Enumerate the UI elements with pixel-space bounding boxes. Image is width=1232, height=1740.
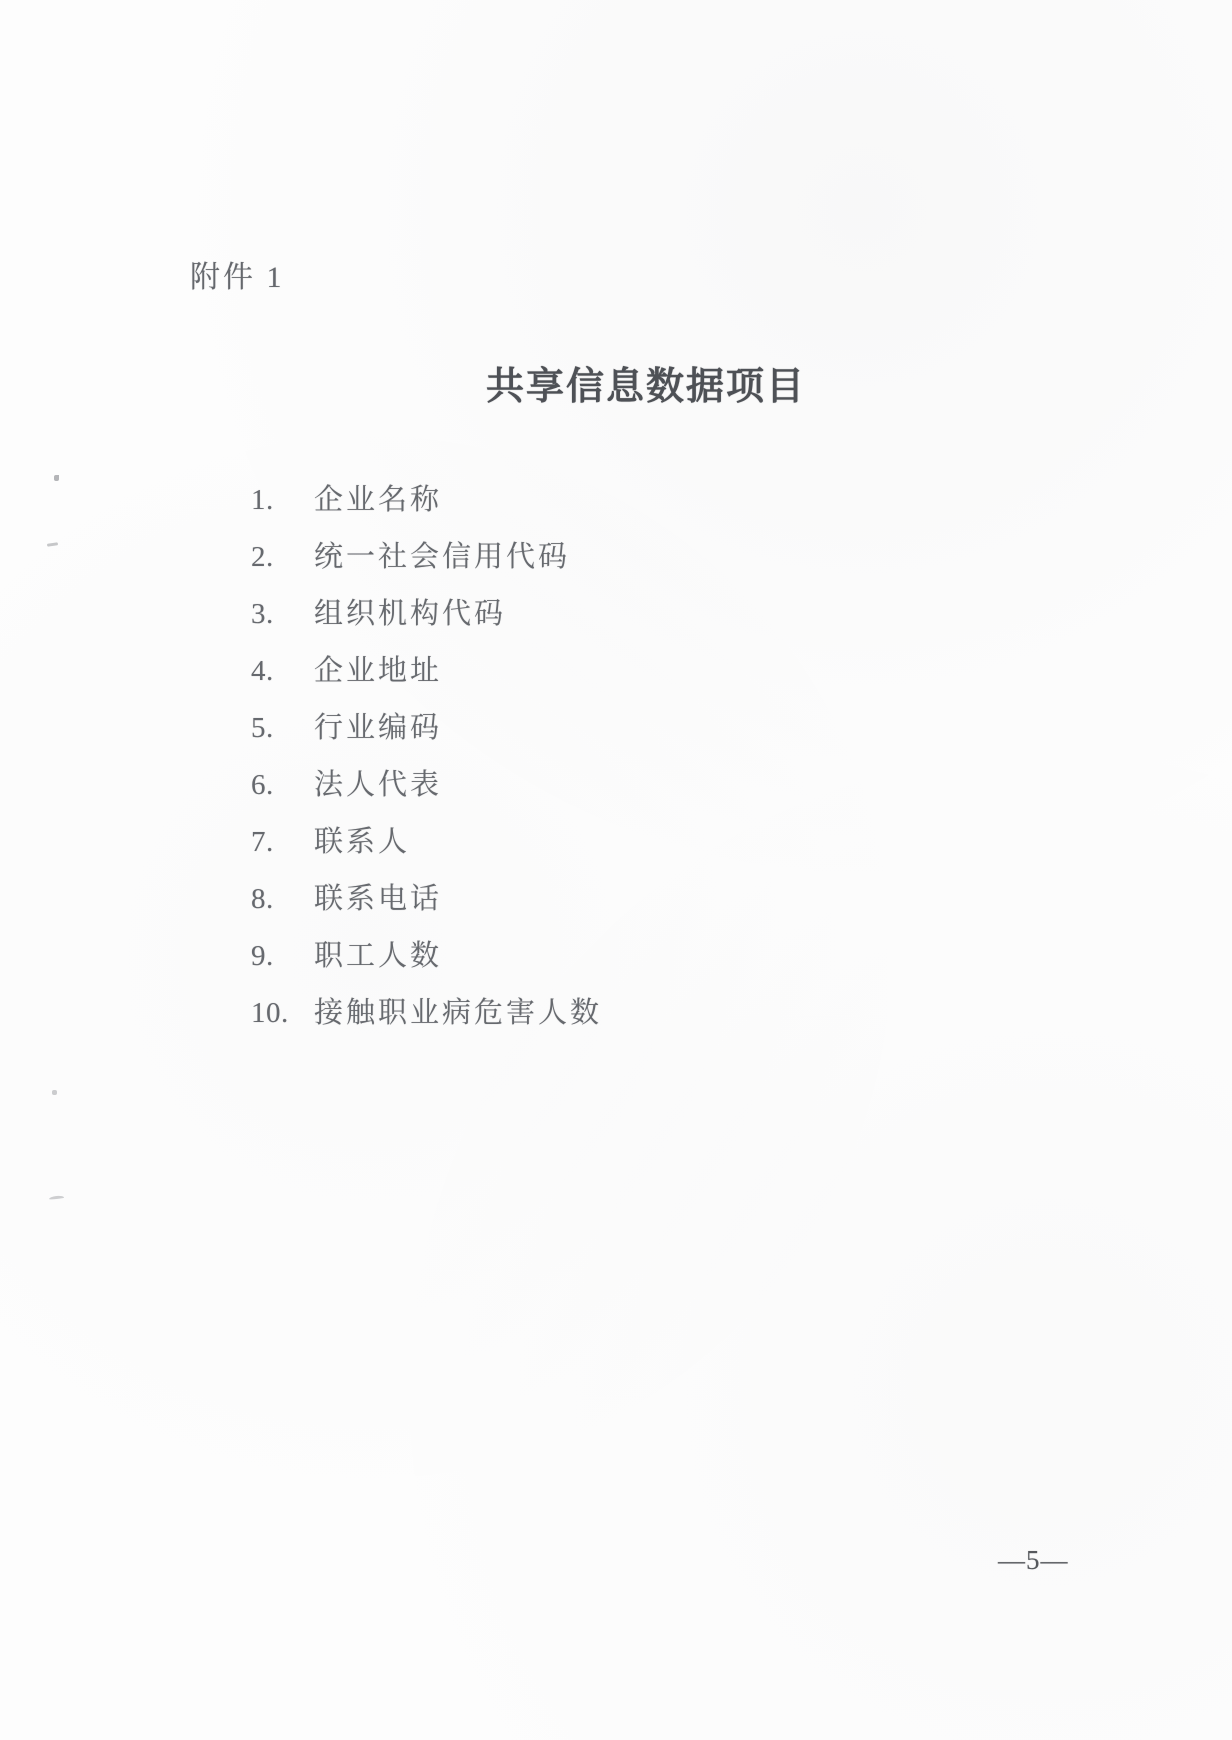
scan-artifact-speck: [52, 1090, 57, 1095]
list-item-text: 联系电话: [314, 876, 442, 917]
list-item-text: 企业名称: [314, 477, 442, 518]
list-item-text: 企业地址: [314, 648, 442, 689]
data-item-list: 1. 企业名称 2. 统一社会信用代码 3. 组织机构代码 4. 企业地址 5.…: [251, 477, 602, 1047]
list-item: 3. 组织机构代码: [251, 591, 602, 648]
list-item-text: 法人代表: [314, 762, 442, 803]
list-item: 6. 法人代表: [251, 762, 602, 819]
list-item-number: 9.: [251, 940, 314, 973]
list-item-number: 6.: [251, 769, 314, 802]
scan-artifact-dash: [49, 1195, 64, 1200]
document-title: 共享信息数据项目: [0, 355, 1232, 410]
list-item-number: 2.: [251, 541, 314, 574]
list-item: 10. 接触职业病危害人数: [251, 990, 602, 1047]
list-item: 7. 联系人: [251, 819, 602, 876]
list-item-text: 行业编码: [314, 705, 442, 746]
list-item-text: 组织机构代码: [314, 591, 506, 632]
list-item: 9. 职工人数: [251, 933, 602, 990]
list-item-number: 5.: [251, 712, 314, 745]
list-item: 8. 联系电话: [251, 876, 602, 933]
list-item-text: 联系人: [314, 819, 410, 860]
list-item-number: 7.: [251, 826, 314, 859]
list-item-text: 接触职业病危害人数: [314, 990, 602, 1031]
list-item: 2. 统一社会信用代码: [251, 534, 602, 591]
list-item: 1. 企业名称: [251, 477, 602, 534]
list-item-text: 统一社会信用代码: [314, 534, 570, 575]
document-page: 附件 1 共享信息数据项目 1. 企业名称 2. 统一社会信用代码 3. 组织机…: [0, 0, 1232, 1740]
attachment-label: 附件 1: [190, 252, 285, 296]
list-item-number: 8.: [251, 883, 314, 916]
list-item-number: 10.: [251, 997, 314, 1030]
list-item-number: 4.: [251, 655, 314, 688]
list-item-number: 1.: [251, 484, 314, 517]
page-number: —5—: [998, 1545, 1069, 1576]
list-item: 5. 行业编码: [251, 705, 602, 762]
scan-artifact-dash: [47, 542, 58, 547]
list-item-number: 3.: [251, 598, 314, 631]
list-item-text: 职工人数: [314, 933, 442, 974]
scan-artifact-speck: [54, 475, 59, 481]
list-item: 4. 企业地址: [251, 648, 602, 705]
